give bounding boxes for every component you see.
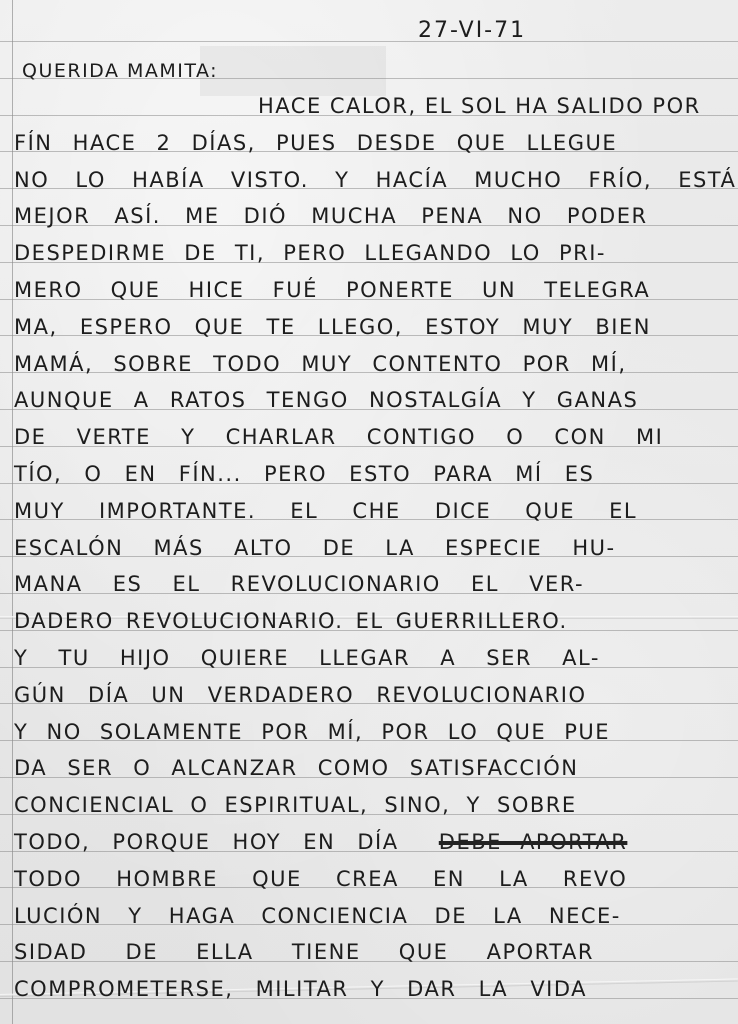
letter-line: DE VERTE Y CHARLAR CONTIGO O CON MI: [14, 425, 663, 449]
letter-line: SIDAD DE ELLA TIENE QUE APORTAR: [14, 940, 594, 964]
letter-line: MEJOR ASÍ. ME DIÓ MUCHA PENA NO PODER: [14, 204, 648, 228]
letter-line: TODO, PORQUE HOY EN DÍA DEBE APORTAR: [14, 830, 627, 854]
letter-line: TODO HOMBRE QUE CREA EN LA REVO: [14, 867, 627, 891]
letter-line: MERO QUE HICE FUÉ PONERTE UN TELEGRA: [14, 278, 650, 302]
letter-date: 27-VI-71: [418, 18, 526, 43]
letter-page: 27-VI-71 QUERIDA MAMITA: HACE CALOR, EL …: [0, 0, 738, 1024]
letter-line-text: TODO, PORQUE HOY EN DÍA: [14, 830, 399, 854]
letter-line: MAMÁ, SOBRE TODO MUY CONTENTO POR MÍ,: [14, 352, 627, 376]
letter-line: Y TU HIJO QUIERE LLEGAR A SER AL-: [14, 646, 600, 670]
letter-line: MUY IMPORTANTE. EL CHE DICE QUE EL: [14, 499, 637, 523]
letter-line: GÚN DÍA UN VERDADERO REVOLUCIONARIO: [14, 683, 587, 707]
crossed-out-text: DEBE APORTAR: [439, 830, 628, 854]
letter-line: AUNQUE A RATOS TENGO NOSTALGÍA Y GANAS: [14, 388, 638, 412]
letter-line: CONCIENCIAL O ESPIRITUAL, SINO, Y SOBRE: [14, 793, 577, 817]
letter-line: DADERO REVOLUCIONARIO. EL GUERRILLERO.: [14, 609, 568, 633]
letter-line: TÍO, O EN FÍN... PERO ESTO PARA MÍ ES: [14, 462, 594, 486]
letter-line: MA, ESPERO QUE TE LLEGO, ESTOY MUY BIEN: [14, 315, 651, 339]
letter-line: MANA ES EL REVOLUCIONARIO EL VER-: [14, 572, 584, 596]
ruled-line: [0, 41, 738, 42]
letter-line: DESPEDIRME DE TI, PERO LLEGANDO LO PRI-: [14, 241, 606, 265]
letter-line: FÍN HACE 2 DÍAS, PUES DESDE QUE LLEGUE: [14, 131, 617, 155]
scan-artifact: [200, 46, 386, 96]
margin-line: [12, 0, 13, 1024]
salutation: QUERIDA MAMITA:: [22, 60, 218, 82]
letter-line: LUCIÓN Y HAGA CONCIENCIA DE LA NECE-: [14, 904, 621, 928]
letter-line: COMPROMETERSE, MILITAR Y DAR LA VIDA: [14, 977, 587, 1001]
letter-line: NO LO HABÍA VISTO. Y HACÍA MUCHO FRÍO, E…: [14, 168, 736, 192]
letter-line: ESCALÓN MÁS ALTO DE LA ESPECIE HU-: [14, 536, 616, 560]
letter-line: HACE CALOR, EL SOL HA SALIDO POR: [258, 94, 701, 118]
letter-line: Y NO SOLAMENTE POR MÍ, POR LO QUE PUE: [14, 720, 610, 744]
letter-line: DA SER O ALCANZAR COMO SATISFACCIÓN: [14, 756, 578, 780]
